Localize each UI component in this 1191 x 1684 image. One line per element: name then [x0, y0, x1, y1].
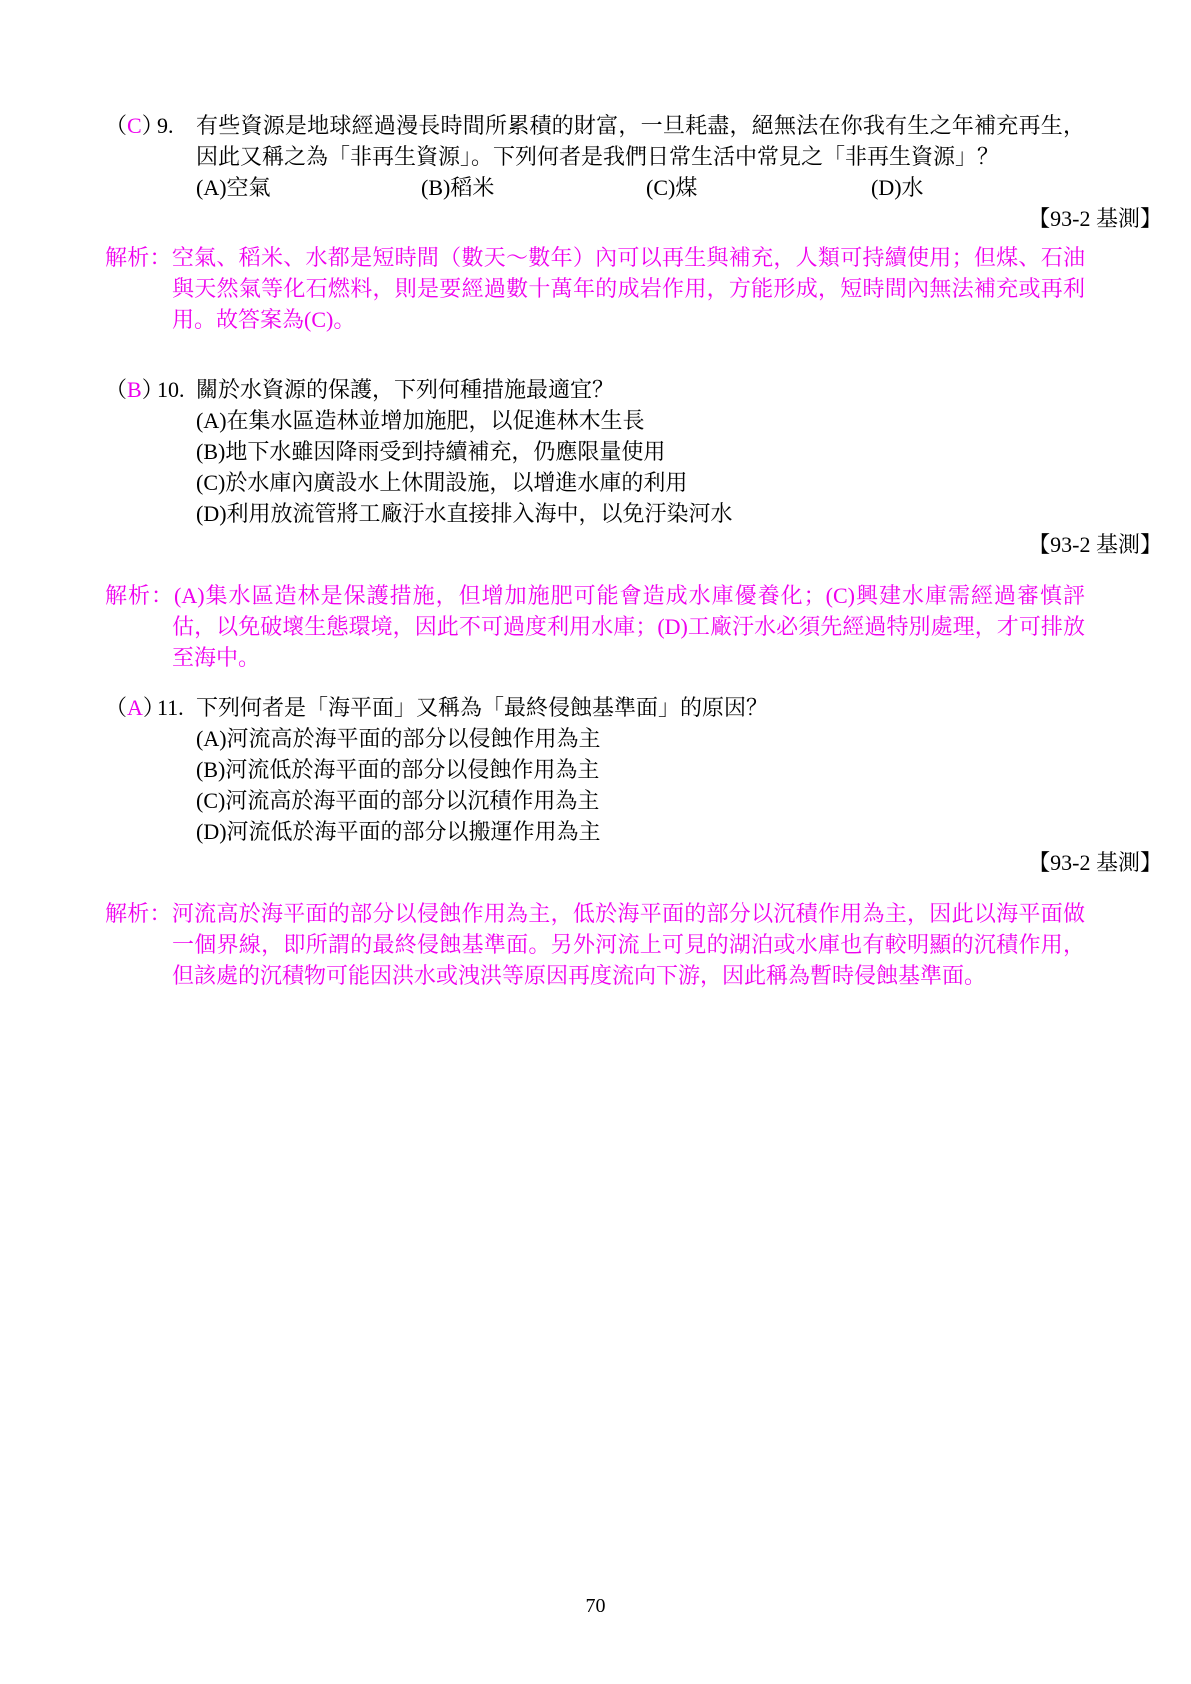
options-list: (A)河流高於海平面的部分以侵蝕作用為主 (B)河流低於海平面的部分以侵蝕作用為… — [105, 723, 1085, 847]
solution-label: 解析： — [105, 901, 172, 926]
solution-11: 解析：河流高於海平面的部分以侵蝕作用為主，低於海平面的部分以沉積作用為主，因此以… — [105, 898, 1085, 991]
solution-text: (A)集水區造林是保護措施，但增加施肥可能會造成水庫優養化；(C)興建水庫需經過… — [172, 583, 1085, 670]
solution-text: 河流高於海平面的部分以侵蝕作用為主，低於海平面的部分以沉積作用為主，因此以海平面… — [172, 901, 1085, 988]
answer-paren-open: （ — [105, 113, 127, 138]
option-a: (A)空氣 — [196, 172, 421, 203]
question-text: 有些資源是地球經過漫長時間所累積的財富，一旦耗盡，絕無法在你我有生之年補充再生，… — [196, 113, 1085, 169]
question-number: 9. — [157, 110, 174, 141]
solution-label: 解析： — [105, 583, 174, 608]
solution-10: 解析：(A)集水區造林是保護措施，但增加施肥可能會造成水庫優養化；(C)興建水庫… — [105, 580, 1085, 673]
solution-text: 空氣、稻米、水都是短時間（數天～數年）內可以再生與補充，人類可持續使用；但煤、石… — [172, 245, 1085, 332]
exam-tag-row: 【93-2 基測】 — [105, 529, 1162, 560]
solution-9: 解析：空氣、稻米、水都是短時間（數天～數年）內可以再生與補充，人類可持續使用；但… — [105, 242, 1085, 335]
exam-tag: 【93-2 基測】 — [1028, 850, 1162, 875]
option-a: (A)在集水區造林並增加施肥，以促進林木生長 — [105, 405, 1085, 436]
question-10-line: （B） 10. 關於水資源的保護，下列何種措施最適宜？ — [105, 374, 1085, 405]
option-c: (C)煤 — [646, 172, 871, 203]
exam-tag-row: 【93-2 基測】 — [105, 203, 1162, 234]
question-text: 關於水資源的保護，下列何種措施最適宜？ — [196, 377, 614, 402]
question-11-line: （A） 11. 下列何者是「海平面」又稱為「最終侵蝕基準面」的原因？ — [105, 692, 1085, 723]
answer-letter: A — [127, 695, 143, 720]
option-b: (B)地下水雖因降雨受到持續補充，仍應限量使用 — [105, 436, 1085, 467]
option-b: (B)稻米 — [421, 172, 646, 203]
answer-key-11: （A） — [105, 692, 165, 723]
option-c: (C)河流高於海平面的部分以沉積作用為主 — [105, 785, 1085, 816]
exam-tag: 【93-2 基測】 — [1028, 532, 1162, 557]
page-content: （C） 9. 有些資源是地球經過漫長時間所累積的財富，一旦耗盡，絕無法在你我有生… — [105, 110, 1085, 991]
options-row: (A)空氣 (B)稻米 (C)煤 (D)水 — [105, 172, 1085, 203]
answer-letter: B — [127, 377, 142, 402]
question-text: 下列何者是「海平面」又稱為「最終侵蝕基準面」的原因？ — [196, 695, 768, 720]
answer-key-10: （B） — [105, 374, 164, 405]
option-d: (D)河流低於海平面的部分以搬運作用為主 — [105, 816, 1085, 847]
question-block-10: （B） 10. 關於水資源的保護，下列何種措施最適宜？ (A)在集水區造林並增加… — [105, 374, 1085, 673]
answer-letter: C — [127, 113, 142, 138]
question-9-line: （C） 9. 有些資源是地球經過漫長時間所累積的財富，一旦耗盡，絕無法在你我有生… — [105, 110, 1085, 172]
exam-tag-row: 【93-2 基測】 — [105, 847, 1162, 878]
answer-key-9: （C） — [105, 110, 164, 141]
page-number: 70 — [0, 1592, 1191, 1620]
option-a: (A)河流高於海平面的部分以侵蝕作用為主 — [105, 723, 1085, 754]
exam-answer-page: （C） 9. 有些資源是地球經過漫長時間所累積的財富，一旦耗盡，絕無法在你我有生… — [0, 0, 1191, 1684]
solution-label: 解析： — [105, 245, 172, 270]
exam-tag: 【93-2 基測】 — [1028, 206, 1162, 231]
option-b: (B)河流低於海平面的部分以侵蝕作用為主 — [105, 754, 1085, 785]
question-number: 10. — [157, 374, 185, 405]
option-d: (D)水 — [871, 172, 924, 203]
question-block-9: （C） 9. 有些資源是地球經過漫長時間所累積的財富，一旦耗盡，絕無法在你我有生… — [105, 110, 1085, 335]
options-list: (A)在集水區造林並增加施肥，以促進林木生長 (B)地下水雖因降雨受到持續補充，… — [105, 405, 1085, 529]
question-number: 11. — [157, 692, 184, 723]
answer-paren-open: （ — [105, 377, 127, 402]
answer-paren-open: （ — [105, 695, 127, 720]
question-block-11: （A） 11. 下列何者是「海平面」又稱為「最終侵蝕基準面」的原因？ (A)河流… — [105, 692, 1085, 991]
option-d: (D)利用放流管將工廠汙水直接排入海中，以免汙染河水 — [105, 498, 1085, 529]
option-c: (C)於水庫內廣設水上休閒設施，以增進水庫的利用 — [105, 467, 1085, 498]
